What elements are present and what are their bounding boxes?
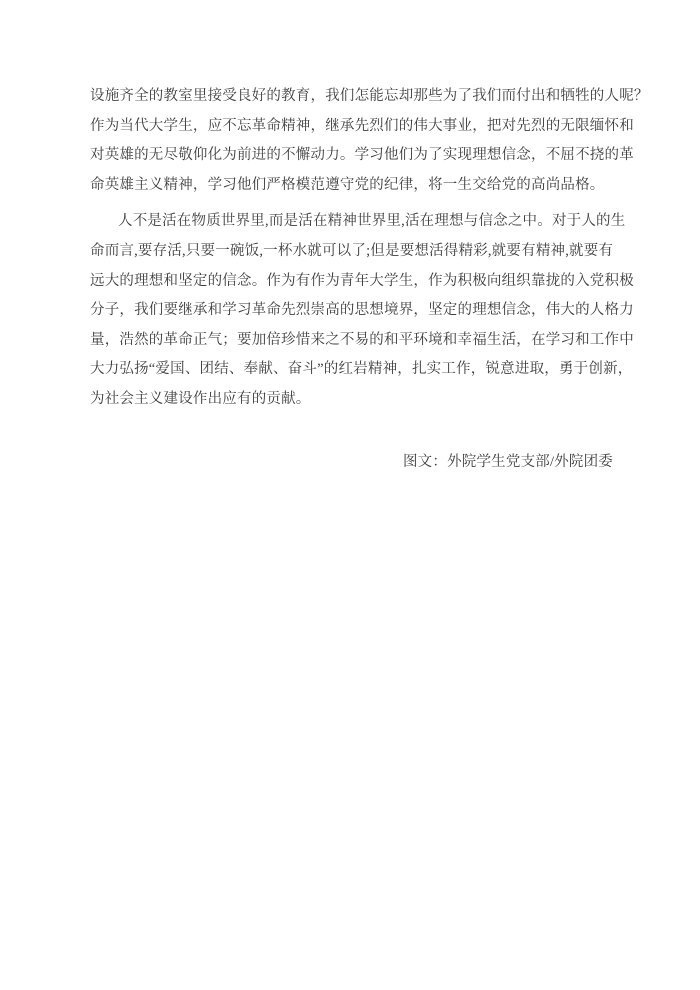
text-line: 命而言,要存活,只要一碗饭,一杯水就可以了;但是要想活得精彩,就要有精神,就要有 <box>90 237 613 267</box>
text-line: 对英雄的无尽敬仰化为前进的不懈动力。学习他们为了实现理想信念，不屈不挠的革 <box>90 141 613 171</box>
credit-line: 图文：外院学生党支部/外院团委 <box>90 448 613 478</box>
document-page: 设施齐全的教室里接受良好的教育，我们怎能忘却那些为了我们而付出和牺牲的人呢？ 作… <box>0 0 700 990</box>
paragraph-1: 设施齐全的教室里接受良好的教育，我们怎能忘却那些为了我们而付出和牺牲的人呢？ 作… <box>90 82 613 200</box>
text-line: 设施齐全的教室里接受良好的教育，我们怎能忘却那些为了我们而付出和牺牲的人呢？ <box>90 82 613 112</box>
text-line: 分子，我们要继承和学习革命先烈崇高的思想境界，坚定的理想信念，伟大的人格力 <box>90 296 613 326</box>
paragraph-2: 人不是活在物质世界里,而是活在精神世界里,活在理想与信念之中。对于人的生 命而言… <box>90 207 613 414</box>
text-line: 为社会主义建设作出应有的贡献。 <box>90 385 613 415</box>
body-text: 设施齐全的教室里接受良好的教育，我们怎能忘却那些为了我们而付出和牺牲的人呢？ 作… <box>90 82 613 477</box>
text-line: 大力弘扬“爱国、团结、奉献、奋斗”的红岩精神，扎实工作，锐意进取，勇于创新， <box>90 355 613 385</box>
text-line: 量，浩然的革命正气；要加倍珍惜来之不易的和平环境和幸福生活，在学习和工作中 <box>90 326 613 356</box>
text-line: 作为当代大学生，应不忘革命精神，继承先烈们的伟大事业，把对先烈的无限缅怀和 <box>90 112 613 142</box>
text-line: 人不是活在物质世界里,而是活在精神世界里,活在理想与信念之中。对于人的生 <box>90 207 613 237</box>
text-line: 命英雄主义精神，学习他们严格模范遵守党的纪律，将一生交给党的高尚品格。 <box>90 171 613 201</box>
text-line: 远大的理想和坚定的信念。作为有作为青年大学生，作为积极向组织靠拢的入党积极 <box>90 267 613 297</box>
